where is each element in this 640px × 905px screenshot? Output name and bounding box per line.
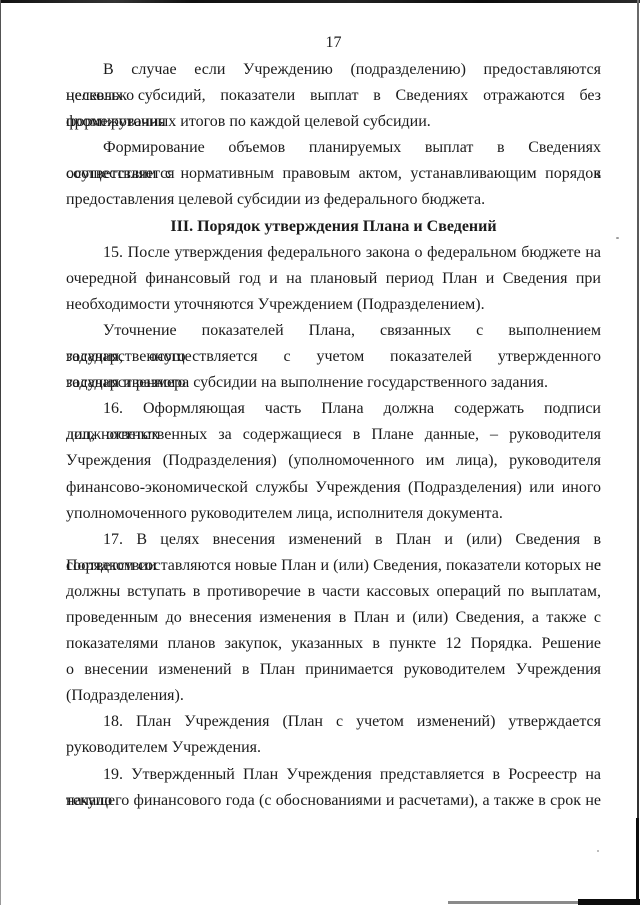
paragraph-line: руководителем Учреждения. xyxy=(66,735,601,761)
section-heading: III. Порядок утверждения Плана и Сведени… xyxy=(66,214,601,240)
paragraph-line: очередной финансовый год и на плановый п… xyxy=(66,266,601,292)
paragraph-line: финансово-экономической службы Учреждени… xyxy=(66,475,601,501)
paragraph-line: соответствии с нормативным правовым акто… xyxy=(66,161,601,187)
page-number: 17 xyxy=(66,32,601,54)
paragraph-line: лиц, ответственных за содержащиеся в Пла… xyxy=(66,422,601,448)
scanned-document-page: 17 В случае если Учреждению (подразделен… xyxy=(0,0,640,905)
paragraph-line: Уточнение показателей Плана, связанных с… xyxy=(66,318,601,344)
paragraph-line: целевых субсидий, показатели выплат в Св… xyxy=(66,83,601,109)
paragraph-line: Формирование объемов планируемых выплат … xyxy=(66,135,601,161)
scan-speckle xyxy=(616,237,619,239)
paragraph-line: о внесении изменений в План принимается … xyxy=(66,657,601,683)
scan-artifact-bottom-bar xyxy=(448,901,578,904)
scan-artifact-right-edge xyxy=(637,0,639,905)
scan-artifact-right-edge-bottom xyxy=(636,818,639,905)
paragraph-line: проведенным до внесения изменения в План… xyxy=(66,605,601,631)
paragraph-line: (Подразделения). xyxy=(66,683,601,709)
document-body: В случае если Учреждению (подразделению)… xyxy=(66,57,601,814)
paragraph-line: необходимости уточняются Учреждением (По… xyxy=(66,292,601,318)
paragraph-line: промежуточных итогов по каждой целевой с… xyxy=(66,109,601,135)
paragraph-line: Учреждения (Подразделения) (уполномоченн… xyxy=(66,448,601,474)
paragraph-line: Порядком составляются новые План и (или)… xyxy=(66,553,601,579)
paragraph-line: 19. Утвержденный План Учреждения предста… xyxy=(66,762,601,788)
scan-artifact-left-edge xyxy=(0,0,1,905)
paragraph-line: В случае если Учреждению (подразделению)… xyxy=(66,57,601,83)
paragraph-line: 16. Оформляющая часть Плана должна содер… xyxy=(66,396,601,422)
scan-artifact-bottom-bar-dark xyxy=(578,899,640,905)
paragraph-line: показателями планов закупок, указанных в… xyxy=(66,631,601,657)
paragraph-line: задания и размера субсидии на выполнение… xyxy=(66,370,601,396)
paragraph-line: 15. После утверждения федерального закон… xyxy=(66,240,601,266)
scan-speckle xyxy=(597,850,599,852)
paragraph-line: предоставления целевой субсидии из федер… xyxy=(66,187,601,213)
paragraph-line: 18. План Учреждения (План с учетом измен… xyxy=(66,709,601,735)
paragraph-line: текущего финансового года (с обоснования… xyxy=(66,788,601,814)
paragraph-line: 17. В целях внесения изменений в План и … xyxy=(66,527,601,553)
scan-artifact-top-edge xyxy=(0,0,640,3)
paragraph-line: уполномоченного руководителем лица, испо… xyxy=(66,501,601,527)
paragraph-line: должны вступать в противоречие в части к… xyxy=(66,579,601,605)
paragraph-line: задания, осуществляется с учетом показат… xyxy=(66,344,601,370)
